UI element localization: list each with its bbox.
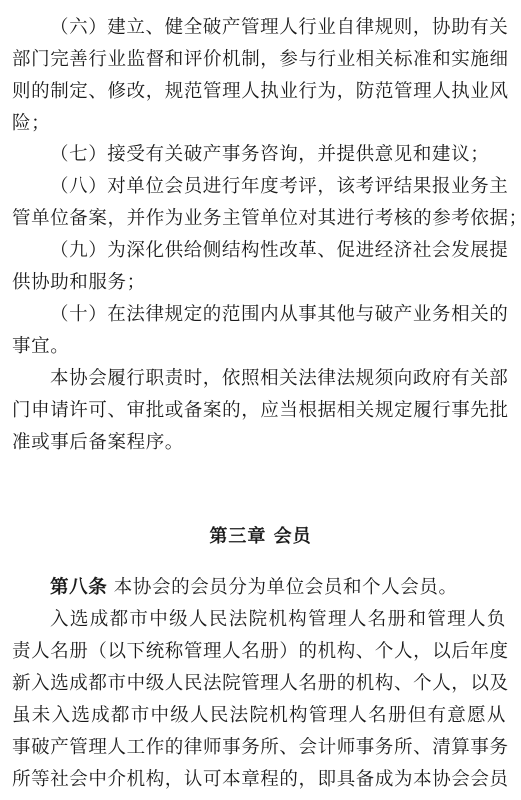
paragraph-line: （七）接受有关破产事务咨询，并提供意见和建议；: [50, 144, 506, 166]
article-label: 第八条: [50, 577, 107, 598]
paragraph-line: 供协助和服务；: [12, 272, 506, 294]
paragraph-line: 部门完善行业监督和评价机制，参与行业相关标准和实施细: [12, 49, 506, 71]
paragraph-line: 事宜。: [12, 336, 506, 358]
paragraph-line: （九）为深化供给侧结构性改革、促进经济社会发展提: [50, 240, 506, 262]
paragraph-line: 险；: [12, 113, 506, 135]
paragraph-line: 事破产管理人工作的律师事务所、会计师事务所、清算事务: [12, 737, 506, 759]
article-text: 本协会的会员分为单位会员和个人会员。: [107, 577, 457, 598]
paragraph-line: 责人名册（以下统称管理人名册）的机构、个人，以后年度: [12, 641, 506, 663]
paragraph-line: 所等社会中介机构，认可本章程的，即具备成为本协会会员: [12, 769, 506, 791]
paragraph-line: 新入选成都市中级人民法院管理人名册的机构、个人，以及: [12, 673, 506, 695]
document-page: （六）建立、健全破产管理人行业自律规则，协助有关 部门完善行业监督和评价机制，参…: [0, 0, 521, 800]
paragraph-line: 门申请许可、审批或备案的，应当根据相关规定履行事先批: [12, 400, 506, 422]
paragraph-line: 管单位备案，并作为业务主管单位对其进行考核的参考依据；: [12, 208, 506, 230]
paragraph-line: 准或事后备案程序。: [12, 432, 506, 454]
paragraph-line: 入选成都市中级人民法院机构管理人名册和管理人负: [50, 609, 506, 631]
paragraph-line: 本协会履行职责时，依照相关法律法规须向政府有关部: [50, 368, 506, 390]
paragraph-line: （十）在法律规定的范围内从事其他与破产业务相关的: [50, 304, 506, 326]
paragraph-line: 虽未入选成都市中级人民法院机构管理人名册但有意愿从: [12, 705, 506, 727]
paragraph-line: （八）对单位会员进行年度考评，该考评结果报业务主: [50, 176, 506, 198]
chapter-heading: 第三章 会员: [0, 526, 521, 548]
paragraph-line: （六）建立、健全破产管理人行业自律规则，协助有关: [50, 17, 506, 39]
paragraph-line: 则的制定、修改，规范管理人执业行为，防范管理人执业风: [12, 81, 506, 103]
article-line: 第八条 本协会的会员分为单位会员和个人会员。: [50, 577, 506, 599]
